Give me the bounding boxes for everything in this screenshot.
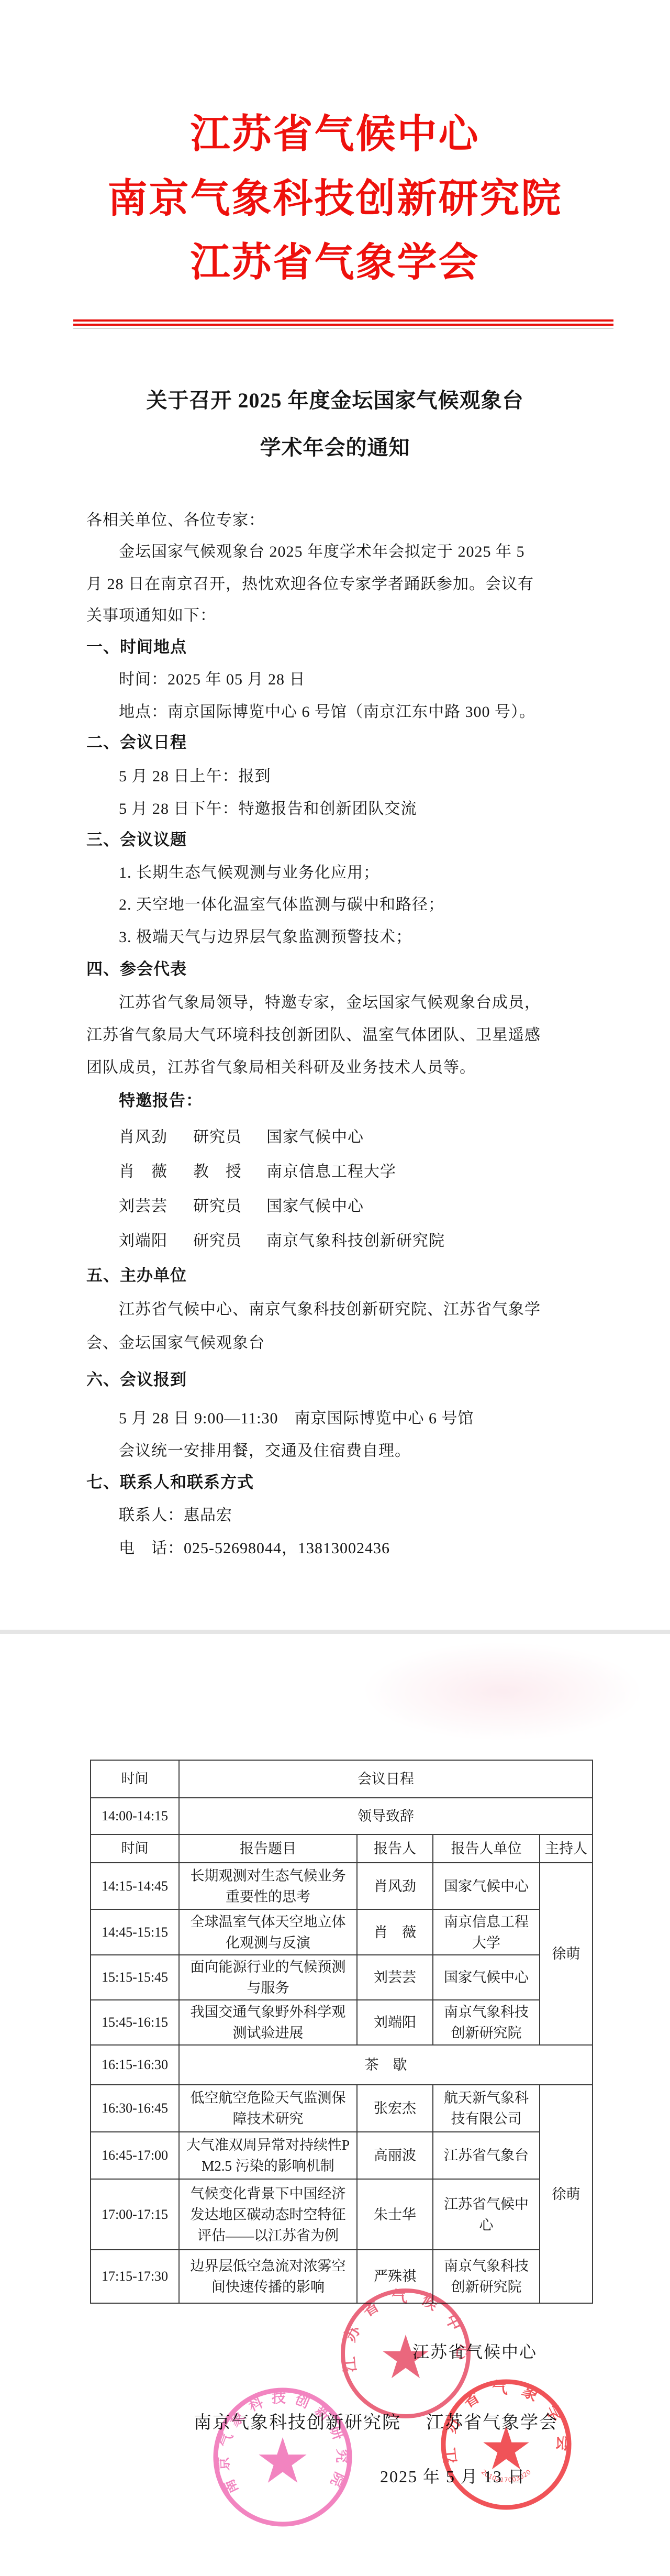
intro-line-1: 金坛国家气候观象台 2025 年度学术年会拟定于 2025 年 5: [119, 538, 525, 561]
report-title: 长期观测对生态气候业务重要性的思考: [179, 1863, 357, 1909]
col-header-time: 时间: [91, 1834, 179, 1863]
expert-title: 研究员: [193, 1124, 266, 1147]
report-org: 江苏省气候中心: [433, 2179, 540, 2250]
invited-reports-label: 特邀报告：: [119, 1087, 203, 1111]
letterhead-org-1: 江苏省气候中心: [0, 102, 670, 159]
report-time: 16:30-16:45: [91, 2085, 179, 2132]
section-2-heading: 二、会议日程: [86, 729, 187, 753]
report-org: 南京信息工程大学: [433, 1909, 540, 1955]
page-separator: [0, 1630, 670, 1634]
opening-item-cell: 领导致辞: [179, 1798, 593, 1834]
report-time: 15:45-16:15: [91, 2000, 179, 2045]
report-speaker: 肖风劲: [357, 1863, 433, 1909]
expert-org: 南京信息工程大学: [266, 1158, 396, 1181]
meals-line: 会议统一安排用餐，交通及住宿费自理。: [119, 1438, 411, 1461]
expert-title: 研究员: [193, 1193, 266, 1216]
expert-row: 刘端阳 研究员 南京气象科技创新研究院: [119, 1228, 445, 1251]
table-row: 16:45-17:00 大气准双周异常对持续性PM2.5 污染的影响机制 高丽波…: [91, 2132, 593, 2179]
expert-name: 肖风劲: [119, 1124, 193, 1147]
salutation: 各相关单位、各位专家：: [86, 507, 265, 530]
topic-1: 1. 长期生态气候观测与业务化应用；: [119, 859, 379, 882]
star-icon: [383, 2335, 428, 2378]
report-org: 国家气候中心: [433, 1955, 540, 2000]
report-time: 14:15-14:45: [91, 1863, 179, 1909]
letterhead-org-2: 南京气象科技创新研究院: [0, 167, 670, 224]
star-icon: [483, 2426, 529, 2469]
report-title: 低空航空危险天气监测保障技术研究: [179, 2085, 357, 2132]
section-1-heading: 一、时间地点: [86, 634, 187, 657]
topic-2: 2. 天空地一体化温室气体监测与碳中和路径；: [119, 891, 444, 914]
col-header-org: 报告人单位: [433, 1834, 540, 1863]
tea-break-time: 16:15-16:30: [91, 2045, 179, 2085]
col-header-moderator: 主持人: [540, 1834, 593, 1863]
header-agenda-cell: 会议日程: [179, 1760, 593, 1798]
expert-name: 刘芸芸: [119, 1193, 193, 1216]
expert-row: 刘芸芸 研究员 国家气候中心: [119, 1193, 364, 1216]
registration-line: 5 月 28 日 9:00—11:30 南京国际博览中心 6 号馆: [119, 1405, 474, 1428]
section-2-line-1: 5 月 28 日上午：报到: [119, 763, 271, 786]
section-4-heading: 四、参会代表: [86, 956, 187, 979]
table-row: 14:00-14:15 领导致辞: [91, 1798, 593, 1834]
star-icon: [259, 2437, 306, 2483]
report-org: 江苏省气象台: [433, 2132, 540, 2179]
report-title: 面向能源行业的气候预测与服务: [179, 1955, 357, 2000]
notice-title-line-2: 学术年会的通知: [0, 431, 670, 461]
report-speaker: 肖 薇: [357, 1909, 433, 1955]
section-3-heading: 三、会议议题: [86, 826, 187, 850]
opening-time-cell: 14:00-14:15: [91, 1798, 179, 1834]
nanjing-institute-stamp: 南京气象科技创新研究院: [210, 2385, 355, 2529]
table-row: 15:45-16:15 我国交通气象野外科学观测试验进展 刘端阳 南京气象科技创…: [91, 2000, 593, 2045]
section-1-time: 时间：2025 年 05 月 28 日: [119, 666, 306, 689]
col-header-speaker: 报告人: [357, 1834, 433, 1863]
report-title: 我国交通气象野外科学观测试验进展: [179, 2000, 357, 2045]
expert-name: 刘端阳: [119, 1228, 193, 1251]
red-rule-bottom: [73, 324, 613, 326]
section-2-line-2: 5 月 28 日下午：特邀报告和创新团队交流: [119, 795, 417, 819]
report-org: 南京气象科技创新研究院: [433, 2000, 540, 2045]
report-time: 17:00-17:15: [91, 2179, 179, 2250]
report-title: 气候变化背景下中国经济发达地区碳动态时空特征评估——以江苏省为例: [179, 2179, 357, 2250]
report-speaker: 刘端阳: [357, 2000, 433, 2045]
contact-phone-line: 电 话：025-52698044，13813002436: [119, 1535, 390, 1558]
section-7-heading: 七、联系人和联系方式: [86, 1469, 254, 1492]
report-speaker: 张宏杰: [357, 2085, 433, 2132]
hosts-line-1: 江苏省气候中心、南京气象科技创新研究院、江苏省气象学: [119, 1296, 541, 1319]
col-header-title: 报告题目: [179, 1834, 357, 1863]
header-time-cell: 时间: [91, 1760, 179, 1798]
contact-name-line: 联系人：惠品宏: [119, 1502, 232, 1525]
expert-org: 国家气候中心: [266, 1124, 364, 1147]
table-row: 17:00-17:15 气候变化背景下中国经济发达地区碳动态时空特征评估——以江…: [91, 2179, 593, 2250]
rule-shadow: [73, 328, 613, 329]
expert-row: 肖风劲 研究员 国家气候中心: [119, 1124, 364, 1147]
agenda-table: 时间 会议日程 14:00-14:15 领导致辞 时间 报告题目 报告人 报告人…: [90, 1760, 593, 2304]
report-title: 边界层低空急流对浓雾空间快速传播的影响: [179, 2250, 357, 2303]
scanned-notice-document: 江苏省气候中心 南京气象科技创新研究院 江苏省气象学会 关于召开 2025 年度…: [0, 0, 670, 2576]
hosts-line-2: 会、金坛国家气候观象台: [86, 1330, 265, 1353]
letterhead-org-3: 江苏省气象学会: [0, 230, 670, 288]
expert-org: 国家气候中心: [266, 1193, 364, 1216]
report-time: 17:15-17:30: [91, 2250, 179, 2303]
report-title: 全球温室气体天空地立体化观测与反演: [179, 1909, 357, 1955]
expert-org: 南京气象科技创新研究院: [266, 1228, 445, 1251]
delegates-line-2: 江苏省气象局大气环境科技创新团队、温室气体团队、卫星遥感: [86, 1022, 541, 1045]
expert-row: 肖 薇 教 授 南京信息工程大学: [119, 1158, 396, 1181]
moderator-cell: 徐萌: [540, 2085, 593, 2303]
intro-line-2: 月 28 日在南京召开，热忱欢迎各位专家学者踊跃参加。会议有: [86, 571, 534, 594]
table-row: 16:15-16:30 茶 歇: [91, 2045, 593, 2085]
expert-name: 肖 薇: [119, 1158, 193, 1181]
table-row: 14:45-15:15 全球温室气体天空地立体化观测与反演 肖 薇 南京信息工程…: [91, 1909, 593, 1955]
report-org: 国家气候中心: [433, 1863, 540, 1909]
report-speaker: 朱士华: [357, 2179, 433, 2250]
topic-3: 3. 极端天气与边界层气象监测预警技术；: [119, 924, 412, 947]
report-title: 大气准双周异常对持续性PM2.5 污染的影响机制: [179, 2132, 357, 2179]
expert-title: 研究员: [193, 1228, 266, 1251]
section-6-heading: 六、会议报到: [86, 1366, 187, 1390]
report-org: 航天新气象科技有限公司: [433, 2085, 540, 2132]
delegates-line-1: 江苏省气象局领导，特邀专家，金坛国家气候观象台成员，: [119, 989, 541, 1012]
tea-break-cell: 茶 歇: [179, 2045, 593, 2085]
table-row: 时间 会议日程: [91, 1760, 593, 1798]
meteorological-society-stamp: 江苏省气象学会 320102170030200: [438, 2376, 574, 2513]
red-rule-top: [73, 319, 613, 322]
report-time: 14:45-15:15: [91, 1909, 179, 1955]
stamp-bleedthrough: [361, 1642, 644, 1741]
report-time: 15:15-15:45: [91, 1955, 179, 2000]
delegates-line-3: 团队成员，江苏省气象局相关科研及业务技术人员等。: [86, 1054, 476, 1077]
table-row: 15:15-15:45 面向能源行业的气候预测与服务 刘芸芸 国家气候中心: [91, 1955, 593, 2000]
table-row: 时间 报告题目 报告人 报告人单位 主持人: [91, 1834, 593, 1863]
moderator-cell: 徐萌: [540, 1863, 593, 2045]
intro-line-3: 关事项通知如下：: [86, 602, 216, 625]
notice-title-line-1: 关于召开 2025 年度金坛国家气候观象台: [0, 384, 670, 414]
section-5-heading: 五、主办单位: [86, 1262, 187, 1286]
section-1-place: 地点：南京国际博览中心 6 号馆（南京江东中路 300 号）。: [119, 699, 535, 722]
table-row: 14:15-14:45 长期观测对生态气候业务重要性的思考 肖风劲 国家气候中心…: [91, 1863, 593, 1909]
table-row: 16:30-16:45 低空航空危险天气监测保障技术研究 张宏杰 航天新气象科技…: [91, 2085, 593, 2132]
report-speaker: 刘芸芸: [357, 1955, 433, 2000]
report-time: 16:45-17:00: [91, 2132, 179, 2179]
expert-title: 教 授: [193, 1158, 266, 1181]
report-speaker: 高丽波: [357, 2132, 433, 2179]
